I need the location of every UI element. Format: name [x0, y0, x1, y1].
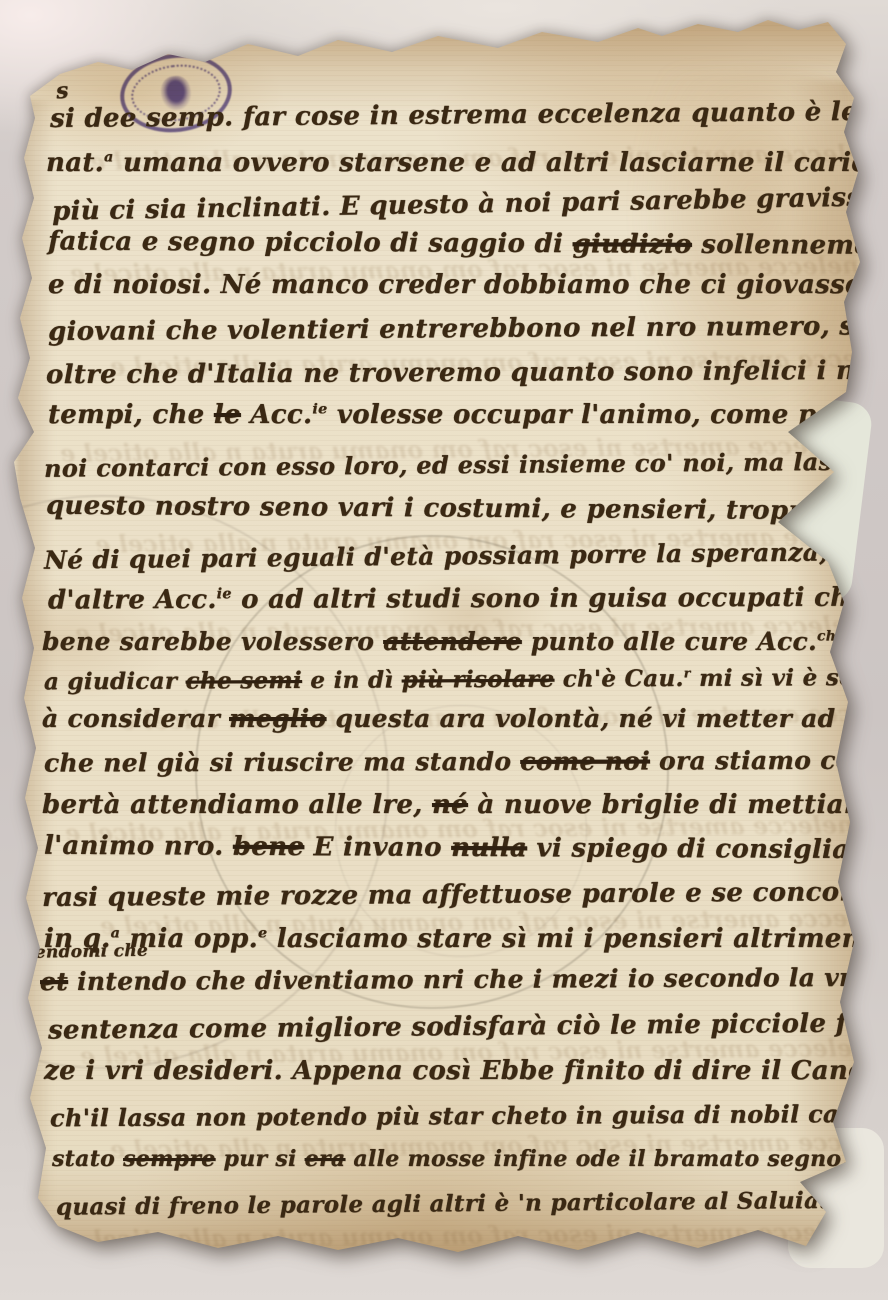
handwritten-line: a giudicar che semi e in dì più risolare… — [44, 664, 888, 696]
handwritten-line: l'animo nro. bene E invano nulla vi spie… — [44, 831, 888, 865]
handwritten-line: oltre che d'Italia ne troveremo quanto s… — [46, 356, 879, 390]
handwritten-line: et intendo che diventiamo nri che i mezi… — [40, 963, 869, 996]
handwritten-line: rasi queste mie rozze ma affettuose paro… — [42, 877, 884, 913]
handwritten-line: stato sempre pur si era alle mosse infin… — [52, 1146, 888, 1172]
margin-note: parendomi che — [2, 941, 148, 964]
handwritten-line: questo nostro seno vari i costumi, e pen… — [46, 491, 888, 527]
handwritten-line: più ci sia inclinati. E questo à noi par… — [52, 181, 888, 227]
paper-sheet: om onamu aruta n alla oticel e otnauq az… — [0, 0, 888, 1300]
handwritten-line: e di noiosi. Né manco creder dobbiamo ch… — [48, 270, 888, 300]
scanned-manuscript-page: om onamu aruta n alla oticel e otnauq az… — [0, 0, 888, 1300]
handwritten-line: fatica e segno picciolo di saggio di giu… — [48, 226, 888, 261]
handwritten-line: si dee semp. far cose in estrema eccelen… — [50, 96, 888, 134]
handwritten-line: Né di quei pari eguali d'età possiam por… — [44, 536, 888, 574]
handwritten-line: d'altre Acc.ie o ad altri studi sono in … — [48, 582, 888, 615]
handwritten-line: giovani che volentieri entrerebbono nel … — [48, 311, 888, 347]
handwritten-line: tempi, che le Acc.ie volesse occupar l'a… — [48, 400, 887, 430]
handwritten-line: bene sarebbe volessero attendere punto a… — [42, 627, 888, 656]
corner-mark: s — [55, 77, 70, 104]
handwritten-line: ch'il lassa non potendo più star cheto i… — [50, 1099, 888, 1133]
handwritten-line: nat.a umana ovvero starsene e ad altri l… — [46, 148, 885, 178]
handwritten-line: bertà attendiamo alle lre, né à nuove br… — [42, 790, 888, 820]
paper-sheet-wrap: om onamu aruta n alla oticel e otnauq az… — [0, 0, 888, 1300]
handwritten-line: quasi di freno le parole agli altri è 'n… — [56, 1186, 888, 1220]
handwritten-line: noi contarci con esso loro, ed essi insi… — [44, 446, 888, 483]
handwriting-layer: ssi dee semp. far cose in estrema eccele… — [0, 0, 888, 1300]
handwritten-line: in q.a mia opp.e lasciamo stare sì mi i … — [44, 924, 883, 954]
handwritten-line: che nel già si riuscire ma stando come n… — [44, 745, 888, 777]
handwritten-line: sentenza come migliore sodisfarà ciò le … — [48, 1008, 879, 1045]
handwritten-line: ze i vri desideri. Appena così Ebbe fini… — [44, 1056, 888, 1086]
handwritten-line: à considerar meglio questa ara volontà, … — [42, 704, 888, 733]
